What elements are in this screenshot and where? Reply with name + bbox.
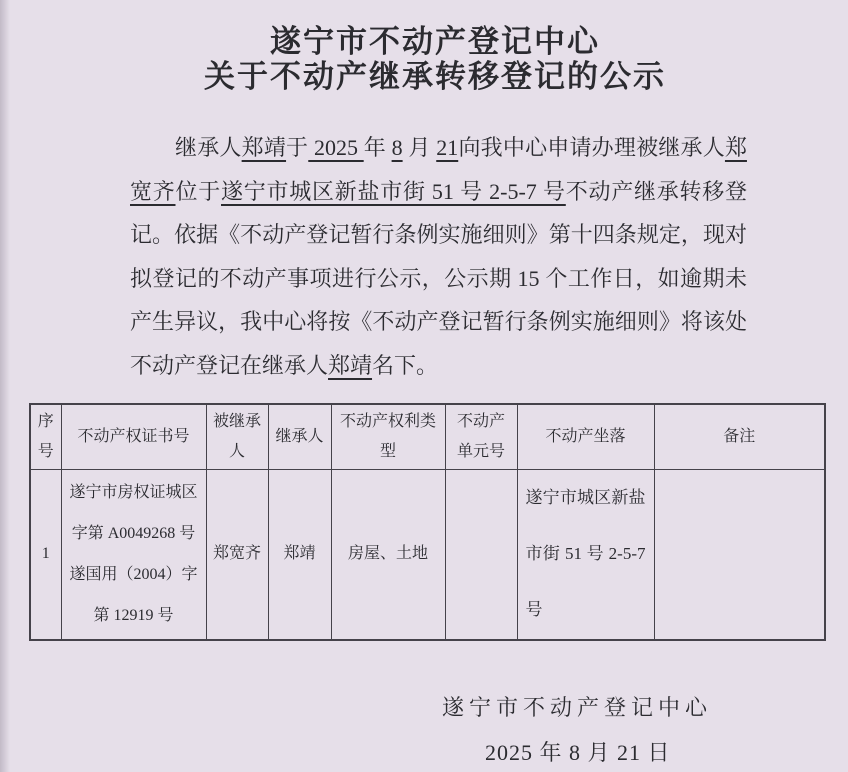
col-header-remark: 备注 (654, 404, 825, 470)
cell-unit-no (445, 470, 517, 640)
col-header-right-type: 不动产权利类型 (331, 404, 445, 470)
cell-right-type: 房屋、土地 (331, 470, 445, 640)
scanned-notice-page: 遂宁市不动产登记中心 关于不动产继承转移登记的公示 继承人郑靖于 2025 年 … (0, 0, 848, 772)
col-header-location: 不动产坐落 (517, 404, 654, 470)
table-row: 1 遂宁市房权证城区字第 A0049268 号遂国用（2004）字第 12919… (30, 470, 825, 640)
cell-location-text: 遂宁市城区新盐市街 51 号 2-5-7 号 (526, 470, 646, 638)
cell-location: 遂宁市城区新盐市街 51 号 2-5-7 号 (517, 470, 654, 640)
col-header-heir: 继承人 (268, 404, 331, 470)
signature-date: 2025 年 8 月 21 日 (485, 736, 671, 767)
cell-cert-no: 遂宁市房权证城区字第 A0049268 号遂国用（2004）字第 12919 号 (61, 470, 206, 640)
table-header-row: 序号 不动产权证书号 被继承人 继承人 不动产权利类型 不动产单元号 不动产坐落… (30, 404, 825, 470)
cell-remark (654, 470, 825, 640)
property-registration-table: 序号 不动产权证书号 被继承人 继承人 不动产权利类型 不动产单元号 不动产坐落… (29, 403, 826, 641)
cell-decedent: 郑宽齐 (206, 470, 268, 640)
col-header-unit-no: 不动产单元号 (445, 404, 517, 470)
cell-seq: 1 (30, 470, 61, 640)
signature-organization: 遂宁市不动产登记中心 (442, 691, 712, 722)
title-line-1: 遂宁市不动产登记中心 (22, 24, 848, 59)
col-header-decedent: 被继承人 (206, 404, 268, 470)
cell-heir: 郑靖 (268, 470, 331, 640)
title-line-2: 关于不动产继承转移登记的公示 (22, 59, 848, 94)
notice-title: 遂宁市不动产登记中心 关于不动产继承转移登记的公示 (0, 24, 848, 94)
col-header-cert-no: 不动产权证书号 (61, 404, 206, 470)
col-header-seq: 序号 (30, 404, 61, 470)
notice-body-paragraph: 继承人郑靖于 2025 年 8 月 21向我中心申请办理被继承人郑宽齐位于遂宁市… (130, 126, 747, 387)
